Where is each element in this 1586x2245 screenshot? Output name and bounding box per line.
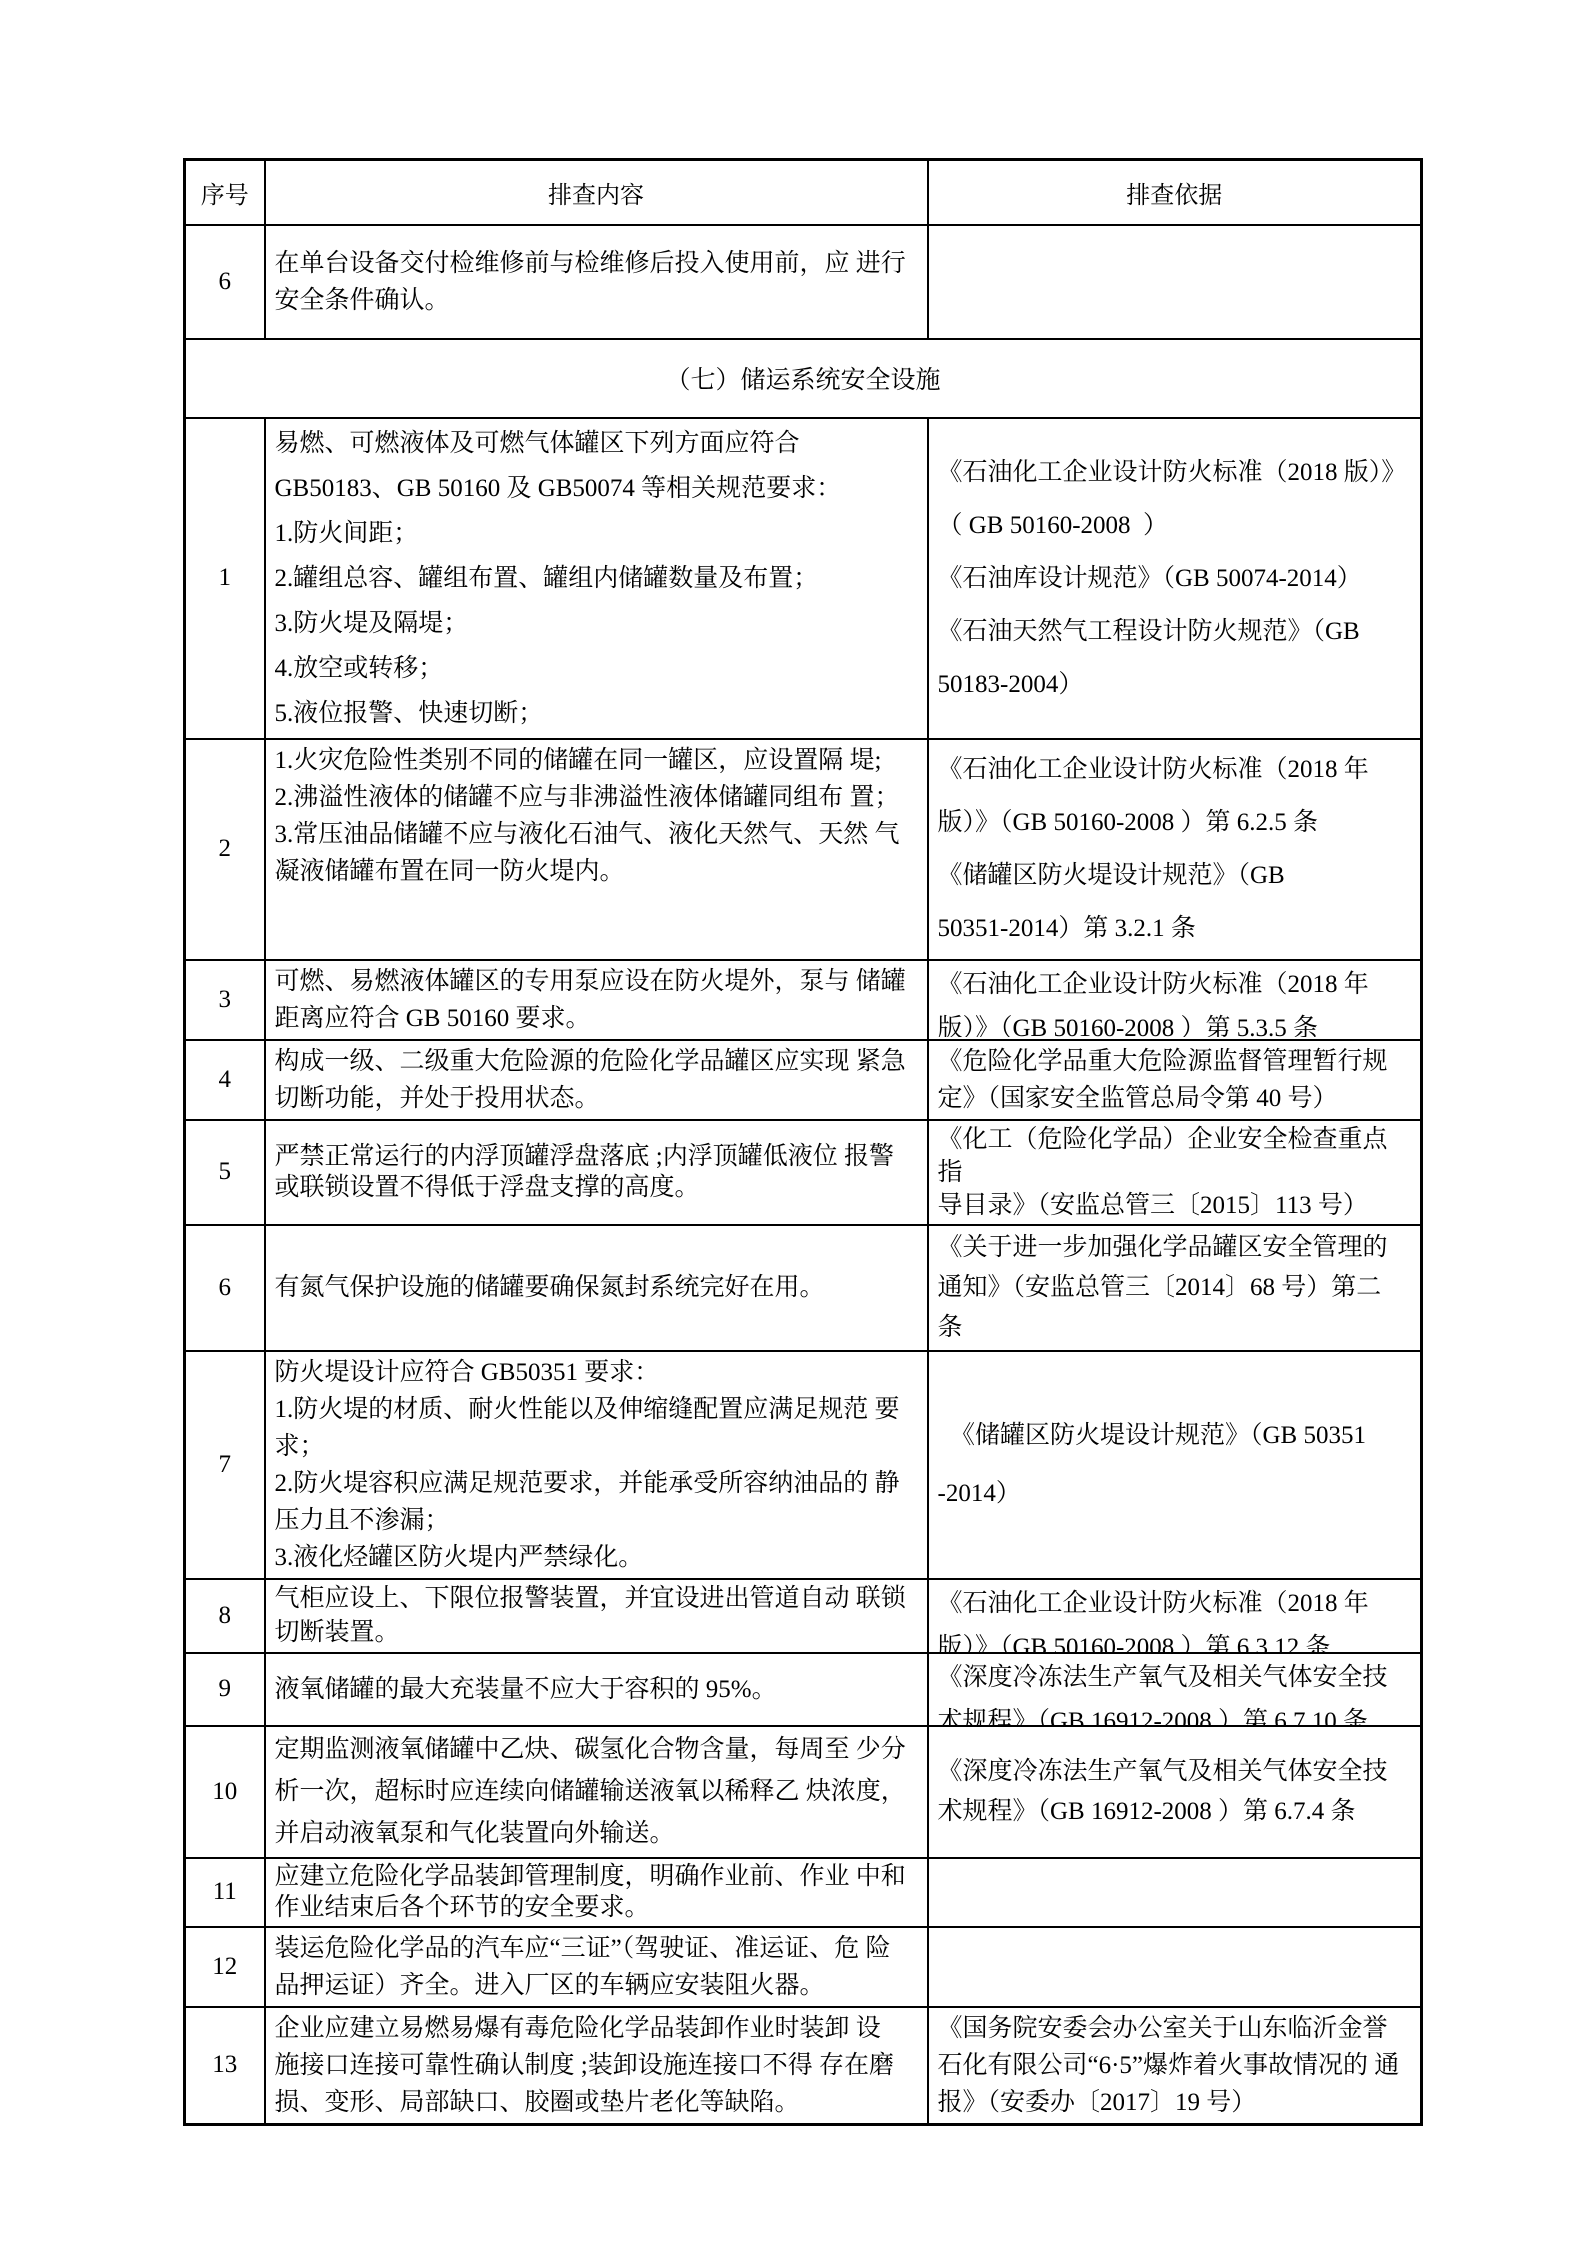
content-text: 易燃、可燃液体及可燃气体罐区下列方面应符合 GB50183、GB 50160 及… bbox=[266, 419, 927, 738]
content-text: 液氧储罐的最大充装量不应大于容积的 95%。 bbox=[266, 1669, 927, 1710]
content-text: 企业应建立易燃易爆有毒危险化学品装卸作业时装卸 设 施接口连接可靠性确认制度 ;… bbox=[266, 2008, 927, 2123]
table-row: 3 可燃、易燃液体罐区的专用泵应设在防火堤外，泵与 储罐 距离应符合 GB 50… bbox=[185, 960, 1422, 1040]
row-number-cell: 8 bbox=[185, 1579, 265, 1653]
content-text: 气柜应设上、下限位报警装置，并宜设进出管道自动 联锁 切断装置。 bbox=[266, 1580, 927, 1652]
basis-text: 《石油化工企业设计防火标准（2018 版）》 （ GB 50160-2008 ）… bbox=[929, 444, 1421, 713]
table-row: 2 1.火灾危险性类别不同的储罐在同一罐区，应设置隔 堤; 2.沸溢性液体的储罐… bbox=[185, 739, 1422, 960]
basis-cell: 《化工（危险化学品）企业安全检查重点 指 导目录》（安监总管三〔2015〕113… bbox=[928, 1120, 1422, 1225]
content-cell: 防火堤设计应符合 GB50351 要求： 1.防火堤的材质、耐火性能以及伸缩缝配… bbox=[265, 1351, 928, 1579]
section-row-body: （七）储运系统安全设施 bbox=[185, 339, 1422, 418]
content-text: 防火堤设计应符合 GB50351 要求： 1.防火堤的材质、耐火性能以及伸缩缝配… bbox=[266, 1352, 927, 1578]
section-header-row: （七）储运系统安全设施 bbox=[185, 339, 1422, 418]
document-page: 序号 排查内容 排查依据 6 在单台设备交付检维修前与检维修后投入使用前，应 进… bbox=[0, 0, 1586, 2245]
content-text: 在单台设备交付检维修前与检维修后投入使用前，应 进行 安全条件确认。 bbox=[266, 243, 927, 321]
content-text: 1.火灾危险性类别不同的储罐在同一罐区，应设置隔 堤; 2.沸溢性液体的储罐不应… bbox=[266, 740, 927, 892]
content-cell: 定期监测液氧储罐中乙炔、碳氢化合物含量，每周至 少分 析一次，超标时应连续向储罐… bbox=[265, 1726, 928, 1858]
content-cell: 企业应建立易燃易爆有毒危险化学品装卸作业时装卸 设 施接口连接可靠性确认制度 ;… bbox=[265, 2007, 928, 2125]
content-text: 应建立危险化学品装卸管理制度，明确作业前、作业 中和 作业结束后各个环节的安全要… bbox=[266, 1859, 927, 1925]
table-row: 11 应建立危险化学品装卸管理制度，明确作业前、作业 中和 作业结束后各个环节的… bbox=[185, 1858, 1422, 1927]
basis-text: 《深度冷冻法生产氧气及相关气体安全技 术规程》（GB 16912-2008 ）第… bbox=[929, 1654, 1421, 1725]
basis-text: 《石油化工企业设计防火标准（2018 年 版）》（GB 50160-2008 ）… bbox=[929, 1580, 1421, 1652]
table-header-section: 序号 排查内容 排查依据 bbox=[185, 160, 1422, 225]
row-number-cell: 5 bbox=[185, 1120, 265, 1225]
content-cell: 装运危险化学品的汽车应“三证”（驾驶证、准运证、危 险 品押运证）齐全。进入厂区… bbox=[265, 1927, 928, 2007]
content-text: 严禁正常运行的内浮顶罐浮盘落底 ;内浮顶罐低液位 报警 或联锁设置不得低于浮盘支… bbox=[266, 1139, 927, 1205]
table-row: 7 防火堤设计应符合 GB50351 要求： 1.防火堤的材质、耐火性能以及伸缩… bbox=[185, 1351, 1422, 1579]
section-title: （七）储运系统安全设施 bbox=[185, 339, 1422, 418]
basis-text: 《石油化工企业设计防火标准（2018 年 版）》（GB 50160-2008 ）… bbox=[929, 961, 1421, 1037]
basis-cell: 《深度冷冻法生产氧气及相关气体安全技 术规程》（GB 16912-2008 ）第… bbox=[928, 1653, 1422, 1726]
table-row: 6 在单台设备交付检维修前与检维修后投入使用前，应 进行 安全条件确认。 bbox=[185, 225, 1422, 339]
basis-text: 《关于进一步加强化学品罐区安全管理的 通知》（安监总管三〔2014〕68 号）第… bbox=[929, 1226, 1421, 1350]
basis-cell: 《危险化学品重大危险源监督管理暂行规 定》（国家安全监管总局令第 40 号） bbox=[928, 1040, 1422, 1120]
content-cell: 在单台设备交付检维修前与检维修后投入使用前，应 进行 安全条件确认。 bbox=[265, 225, 928, 339]
table-row: 12 装运危险化学品的汽车应“三证”（驾驶证、准运证、危 险 品押运证）齐全。进… bbox=[185, 1927, 1422, 2007]
content-cell: 严禁正常运行的内浮顶罐浮盘落底 ;内浮顶罐低液位 报警 或联锁设置不得低于浮盘支… bbox=[265, 1120, 928, 1225]
table-row: 5 严禁正常运行的内浮顶罐浮盘落底 ;内浮顶罐低液位 报警 或联锁设置不得低于浮… bbox=[185, 1120, 1422, 1225]
col-header-basis: 排查依据 bbox=[928, 160, 1422, 225]
row-number-cell: 1 bbox=[185, 418, 265, 739]
row-number-cell: 9 bbox=[185, 1653, 265, 1726]
row-number-cell: 4 bbox=[185, 1040, 265, 1120]
content-cell: 可燃、易燃液体罐区的专用泵应设在防火堤外，泵与 储罐 距离应符合 GB 5016… bbox=[265, 960, 928, 1040]
row-number-cell: 7 bbox=[185, 1351, 265, 1579]
table-row: 10 定期监测液氧储罐中乙炔、碳氢化合物含量，每周至 少分 析一次，超标时应连续… bbox=[185, 1726, 1422, 1858]
basis-text: 《化工（危险化学品）企业安全检查重点 指 导目录》（安监总管三〔2015〕113… bbox=[929, 1121, 1421, 1224]
table-row: 6 有氮气保护设施的储罐要确保氮封系统完好在用。 《关于进一步加强化学品罐区安全… bbox=[185, 1225, 1422, 1351]
col-header-number: 序号 bbox=[185, 160, 265, 225]
col-header-content: 排查内容 bbox=[265, 160, 928, 225]
basis-text bbox=[929, 1890, 1421, 1894]
basis-text: 《国务院安委会办公室关于山东临沂金誉 石化有限公司“6·5”爆炸着火事故情况的 … bbox=[929, 2008, 1421, 2123]
content-cell: 易燃、可燃液体及可燃气体罐区下列方面应符合 GB50183、GB 50160 及… bbox=[265, 418, 928, 739]
basis-cell: 《石油化工企业设计防火标准（2018 版）》 （ GB 50160-2008 ）… bbox=[928, 418, 1422, 739]
basis-text bbox=[929, 1965, 1421, 1969]
content-cell: 气柜应设上、下限位报警装置，并宜设进出管道自动 联锁 切断装置。 bbox=[265, 1579, 928, 1653]
basis-cell: 《深度冷冻法生产氧气及相关气体安全技 术规程》（GB 16912-2008 ）第… bbox=[928, 1726, 1422, 1858]
pre-section-body: 6 在单台设备交付检维修前与检维修后投入使用前，应 进行 安全条件确认。 bbox=[185, 225, 1422, 339]
basis-cell bbox=[928, 1858, 1422, 1927]
content-text: 装运危险化学品的汽车应“三证”（驾驶证、准运证、危 险 品押运证）齐全。进入厂区… bbox=[266, 1928, 927, 2006]
basis-text bbox=[929, 280, 1421, 284]
content-text: 定期监测液氧储罐中乙炔、碳氢化合物含量，每周至 少分 析一次，超标时应连续向储罐… bbox=[266, 1727, 927, 1857]
content-text: 有氮气保护设施的储罐要确保氮封系统完好在用。 bbox=[266, 1267, 927, 1308]
inspection-table: 序号 排查内容 排查依据 6 在单台设备交付检维修前与检维修后投入使用前，应 进… bbox=[183, 158, 1423, 2126]
basis-cell: 《石油化工企业设计防火标准（2018 年 版）》（GB 50160-2008 ）… bbox=[928, 960, 1422, 1040]
basis-text: 《深度冷冻法生产氧气及相关气体安全技 术规程》（GB 16912-2008 ）第… bbox=[929, 1750, 1421, 1834]
row-number-cell: 3 bbox=[185, 960, 265, 1040]
content-cell: 有氮气保护设施的储罐要确保氮封系统完好在用。 bbox=[265, 1225, 928, 1351]
row-number-cell: 6 bbox=[185, 1225, 265, 1351]
main-body: 1 易燃、可燃液体及可燃气体罐区下列方面应符合 GB50183、GB 50160… bbox=[185, 418, 1422, 2125]
table-row: 13 企业应建立易燃易爆有毒危险化学品装卸作业时装卸 设 施接口连接可靠性确认制… bbox=[185, 2007, 1422, 2125]
content-text: 可燃、易燃液体罐区的专用泵应设在防火堤外，泵与 储罐 距离应符合 GB 5016… bbox=[266, 961, 927, 1039]
content-cell: 构成一级、二级重大危险源的危险化学品罐区应实现 紧急 切断功能，并处于投用状态。 bbox=[265, 1040, 928, 1120]
row-number-cell: 2 bbox=[185, 739, 265, 960]
basis-cell bbox=[928, 225, 1422, 339]
row-number-cell: 12 bbox=[185, 1927, 265, 2007]
content-cell: 1.火灾危险性类别不同的储罐在同一罐区，应设置隔 堤; 2.沸溢性液体的储罐不应… bbox=[265, 739, 928, 960]
basis-cell bbox=[928, 1927, 1422, 2007]
basis-cell: 《石油化工企业设计防火标准（2018 年 版）》（GB 50160-2008 ）… bbox=[928, 1579, 1422, 1653]
basis-cell: 《储罐区防火堤设计规范》（GB 50351 -2014） bbox=[928, 1351, 1422, 1579]
row-number-cell: 6 bbox=[185, 225, 265, 339]
content-cell: 液氧储罐的最大充装量不应大于容积的 95%。 bbox=[265, 1653, 928, 1726]
content-cell: 应建立危险化学品装卸管理制度，明确作业前、作业 中和 作业结束后各个环节的安全要… bbox=[265, 1858, 928, 1927]
basis-text: 《储罐区防火堤设计规范》（GB 50351 -2014） bbox=[929, 1405, 1421, 1525]
basis-cell: 《石油化工企业设计防火标准（2018 年 版）》（GB 50160-2008 ）… bbox=[928, 739, 1422, 960]
basis-text: 《危险化学品重大危险源监督管理暂行规 定》（国家安全监管总局令第 40 号） bbox=[929, 1041, 1421, 1119]
row-number-cell: 13 bbox=[185, 2007, 265, 2125]
row-number-cell: 10 bbox=[185, 1726, 265, 1858]
row-number-cell: 11 bbox=[185, 1858, 265, 1927]
content-text: 构成一级、二级重大危险源的危险化学品罐区应实现 紧急 切断功能，并处于投用状态。 bbox=[266, 1041, 927, 1119]
header-row: 序号 排查内容 排查依据 bbox=[185, 160, 1422, 225]
table-row: 1 易燃、可燃液体及可燃气体罐区下列方面应符合 GB50183、GB 50160… bbox=[185, 418, 1422, 739]
basis-text: 《石油化工企业设计防火标准（2018 年 版）》（GB 50160-2008 ）… bbox=[929, 741, 1421, 957]
table-row: 9 液氧储罐的最大充装量不应大于容积的 95%。 《深度冷冻法生产氧气及相关气体… bbox=[185, 1653, 1422, 1726]
basis-cell: 《国务院安委会办公室关于山东临沂金誉 石化有限公司“6·5”爆炸着火事故情况的 … bbox=[928, 2007, 1422, 2125]
basis-cell: 《关于进一步加强化学品罐区安全管理的 通知》（安监总管三〔2014〕68 号）第… bbox=[928, 1225, 1422, 1351]
table-row: 8 气柜应设上、下限位报警装置，并宜设进出管道自动 联锁 切断装置。 《石油化工… bbox=[185, 1579, 1422, 1653]
table-row: 4 构成一级、二级重大危险源的危险化学品罐区应实现 紧急 切断功能，并处于投用状… bbox=[185, 1040, 1422, 1120]
